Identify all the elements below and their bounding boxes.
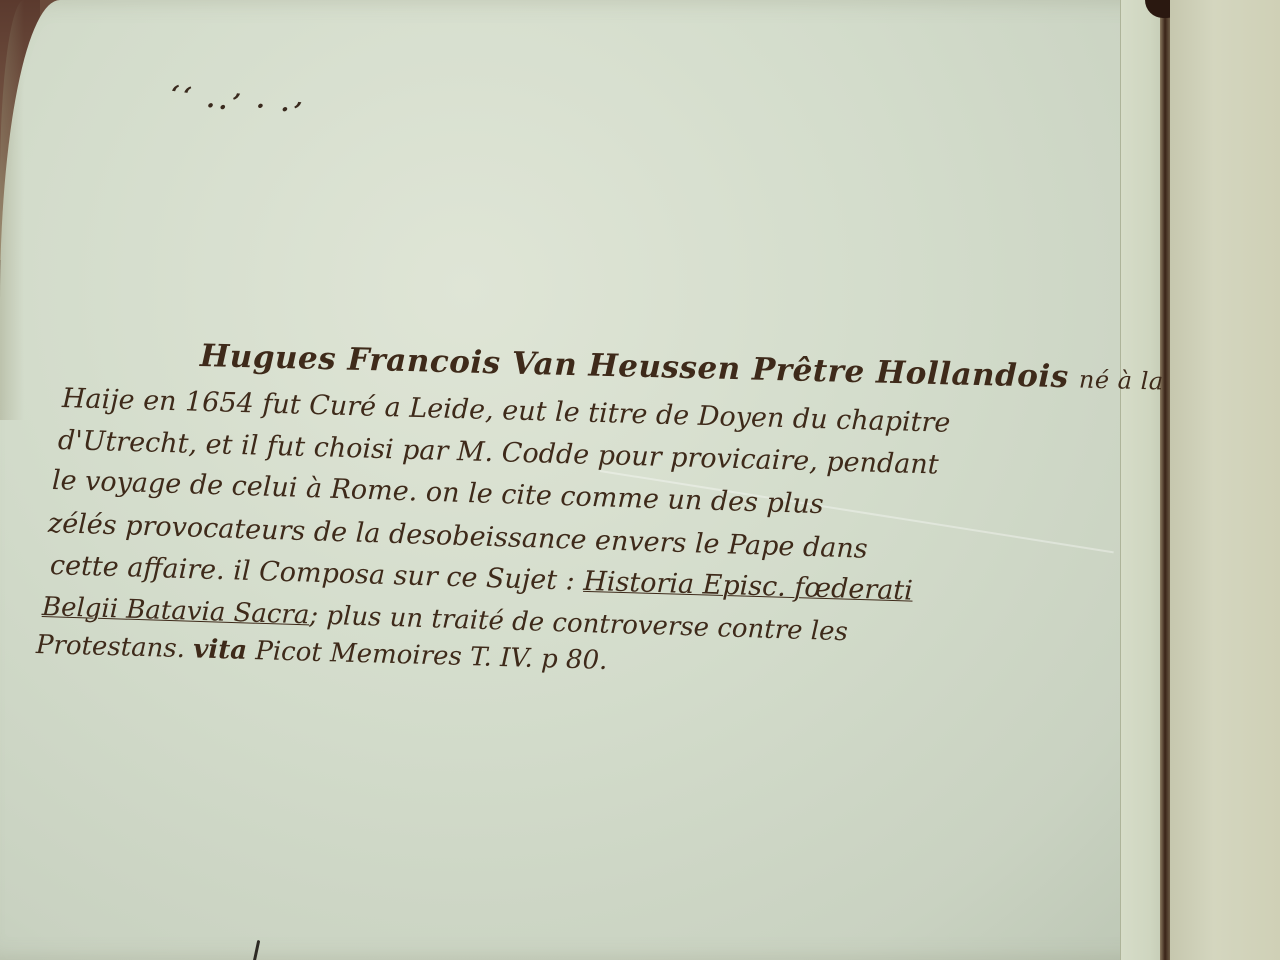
line-tail: né à la [1079,365,1164,395]
facing-page [1170,0,1280,960]
struck-word: vita [193,634,248,665]
book-binding-gutter [1160,0,1170,960]
line-text: Protestans. [36,630,186,664]
